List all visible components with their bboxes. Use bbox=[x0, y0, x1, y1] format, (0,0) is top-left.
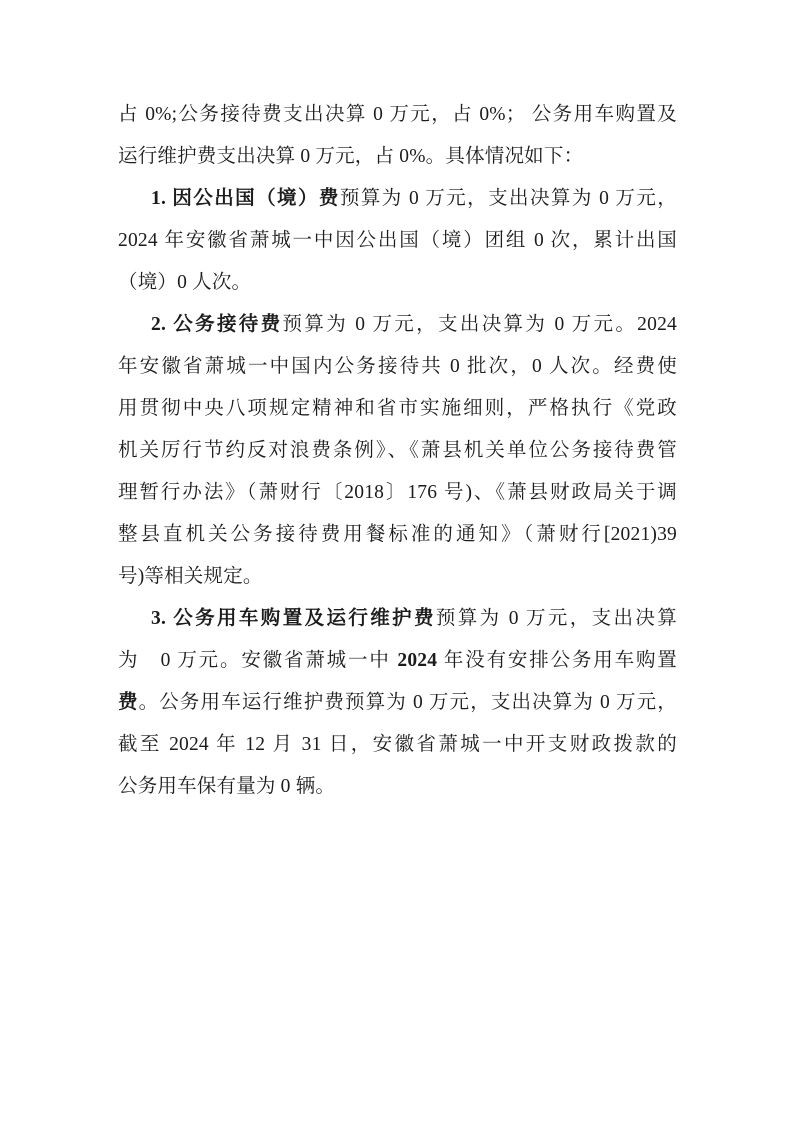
bold-text-segment: 2. 公务接待费 bbox=[151, 314, 283, 335]
text-segment: 年安徽省萧城一中国内公务接待共 0 批次，0 人次。经费使 bbox=[118, 356, 677, 377]
text-segment: 理暂行办法》（萧财行〔2018〕176 号)、《萧县财政局关于调 bbox=[118, 482, 677, 503]
text-segment: （境）0 人次。 bbox=[118, 272, 251, 293]
text-line: 2024 年安徽省萧城一中因公出国（境）团组 0 次，累计出国 bbox=[118, 220, 677, 262]
text-line: 1. 因公出国（境）费预算为 0 万元，支出决算为 0 万元， bbox=[118, 178, 677, 220]
text-line: 为 0 万元。安徽省萧城一中 2024 年没有安排公务用车购置 bbox=[118, 640, 677, 682]
text-segment: 号)等相关规定。 bbox=[118, 566, 263, 587]
text-segment: 用贯彻中央八项规定精神和省市实施细则，严格执行《党政 bbox=[118, 398, 677, 419]
text-segment: 为 0 万元。安徽省萧城一中 bbox=[118, 650, 397, 671]
bold-text-segment: 2024 bbox=[397, 650, 437, 671]
text-line: 运行维护费支出决算 0 万元，占 0%。具体情况如下： bbox=[118, 136, 677, 178]
bold-text-segment: 3. 公务用车购置及运行维护费 bbox=[151, 608, 436, 629]
text-segment: 公务用车保有量为 0 辆。 bbox=[118, 776, 335, 797]
text-line: 号)等相关规定。 bbox=[118, 556, 677, 598]
text-line: （境）0 人次。 bbox=[118, 262, 677, 304]
text-line: 公务用车保有量为 0 辆。 bbox=[118, 766, 677, 808]
text-line: 费。公务用车运行维护费预算为 0 万元，支出决算为 0 万元， bbox=[118, 682, 677, 724]
text-segment: 截至 2024 年 12 月 31 日，安徽省萧城一中开支财政拨款的 bbox=[118, 734, 677, 755]
text-segment: 预算为 0 万元，支出决算为 0 万元， bbox=[340, 188, 677, 209]
document-text-block: 占 0%;公务接待费支出决算 0 万元，占 0%； 公务用车购置及运行维护费支出… bbox=[118, 94, 677, 808]
text-segment: 机关厉行节约反对浪费条例》、《萧县机关单位公务接待费管 bbox=[118, 440, 677, 461]
text-line: 整县直机关公务接待费用餐标准的通知》（萧财行[2021)39 bbox=[118, 514, 677, 556]
text-segment: 运行维护费支出决算 0 万元，占 0%。具体情况如下： bbox=[118, 146, 583, 167]
text-line: 2. 公务接待费预算为 0 万元，支出决算为 0 万元。2024 bbox=[118, 304, 677, 346]
text-segment: 。公务用车运行维护费预算为 0 万元，支出决算为 0 万元， bbox=[139, 692, 677, 713]
text-line: 理暂行办法》（萧财行〔2018〕176 号)、《萧县财政局关于调 bbox=[118, 472, 677, 514]
bold-text-segment: 1. 因公出国（境）费 bbox=[151, 188, 340, 209]
paragraph: 1. 因公出国（境）费预算为 0 万元，支出决算为 0 万元，2024 年安徽省… bbox=[118, 178, 677, 304]
paragraph: 3. 公务用车购置及运行维护费预算为 0 万元，支出决算为 0 万元。安徽省萧城… bbox=[118, 598, 677, 808]
text-segment: 整县直机关公务接待费用餐标准的通知》（萧财行[2021)39 bbox=[118, 524, 677, 545]
text-line: 年安徽省萧城一中国内公务接待共 0 批次，0 人次。经费使 bbox=[118, 346, 677, 388]
text-line: 3. 公务用车购置及运行维护费预算为 0 万元，支出决算 bbox=[118, 598, 677, 640]
text-line: 占 0%;公务接待费支出决算 0 万元，占 0%； 公务用车购置及 bbox=[118, 94, 677, 136]
paragraph: 2. 公务接待费预算为 0 万元，支出决算为 0 万元。2024年安徽省萧城一中… bbox=[118, 304, 677, 598]
text-segment: 占 0%;公务接待费支出决算 0 万元，占 0%； 公务用车购置及 bbox=[118, 104, 677, 125]
text-line: 用贯彻中央八项规定精神和省市实施细则，严格执行《党政 bbox=[118, 388, 677, 430]
text-line: 截至 2024 年 12 月 31 日，安徽省萧城一中开支财政拨款的 bbox=[118, 724, 677, 766]
document-page: 占 0%;公务接待费支出决算 0 万元，占 0%； 公务用车购置及运行维护费支出… bbox=[0, 0, 793, 1122]
bold-text-segment: 费 bbox=[118, 692, 139, 713]
paragraph: 占 0%;公务接待费支出决算 0 万元，占 0%； 公务用车购置及运行维护费支出… bbox=[118, 94, 677, 178]
text-line: 机关厉行节约反对浪费条例》、《萧县机关单位公务接待费管 bbox=[118, 430, 677, 472]
text-segment: 预算为 0 万元，支出决算 bbox=[436, 608, 677, 629]
text-segment: 年没有安排公务用车购置 bbox=[437, 650, 677, 671]
text-segment: 2024 年安徽省萧城一中因公出国（境）团组 0 次，累计出国 bbox=[118, 230, 677, 251]
text-segment: 预算为 0 万元，支出决算为 0 万元。2024 bbox=[283, 314, 677, 335]
